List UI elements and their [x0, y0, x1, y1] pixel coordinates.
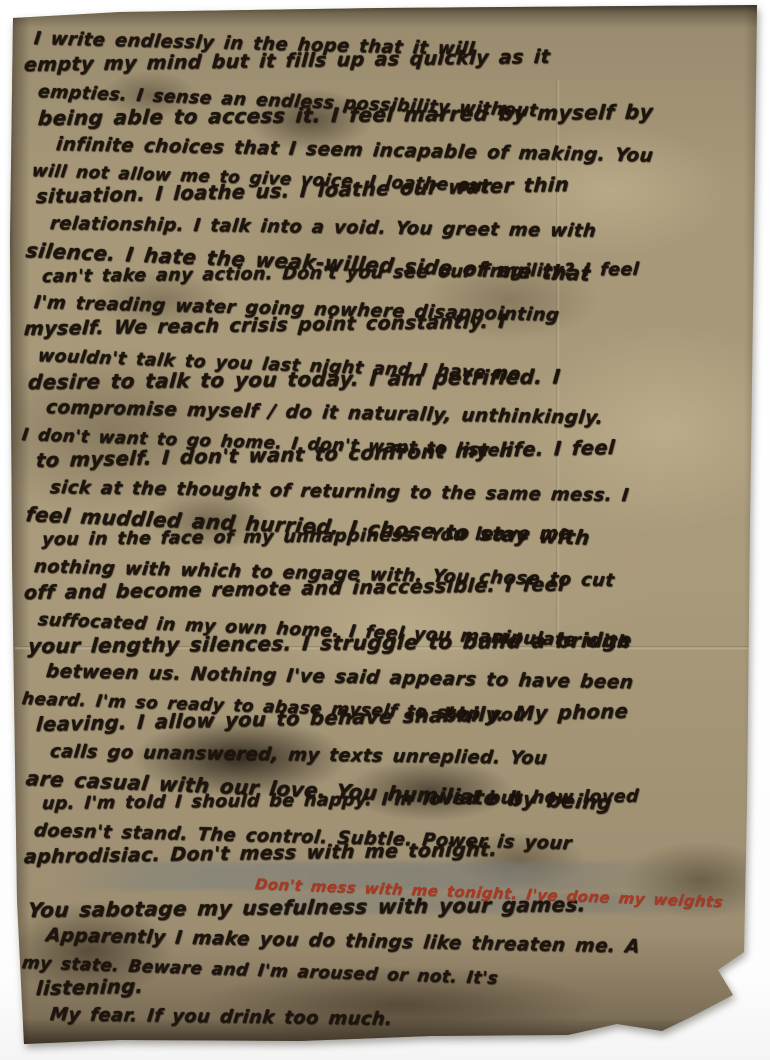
letter-paper: I write endlessly in the hope that it wi…	[0, 0, 770, 1060]
letter-line: calls go unanswered, my texts unreplied.…	[49, 739, 752, 775]
letter-paper-wrap: I write endlessly in the hope that it wi…	[0, 0, 770, 1060]
scan-background: I write endlessly in the hope that it wi…	[0, 0, 770, 1060]
letter-text: I write endlessly in the hope that it wi…	[20, 18, 750, 1029]
